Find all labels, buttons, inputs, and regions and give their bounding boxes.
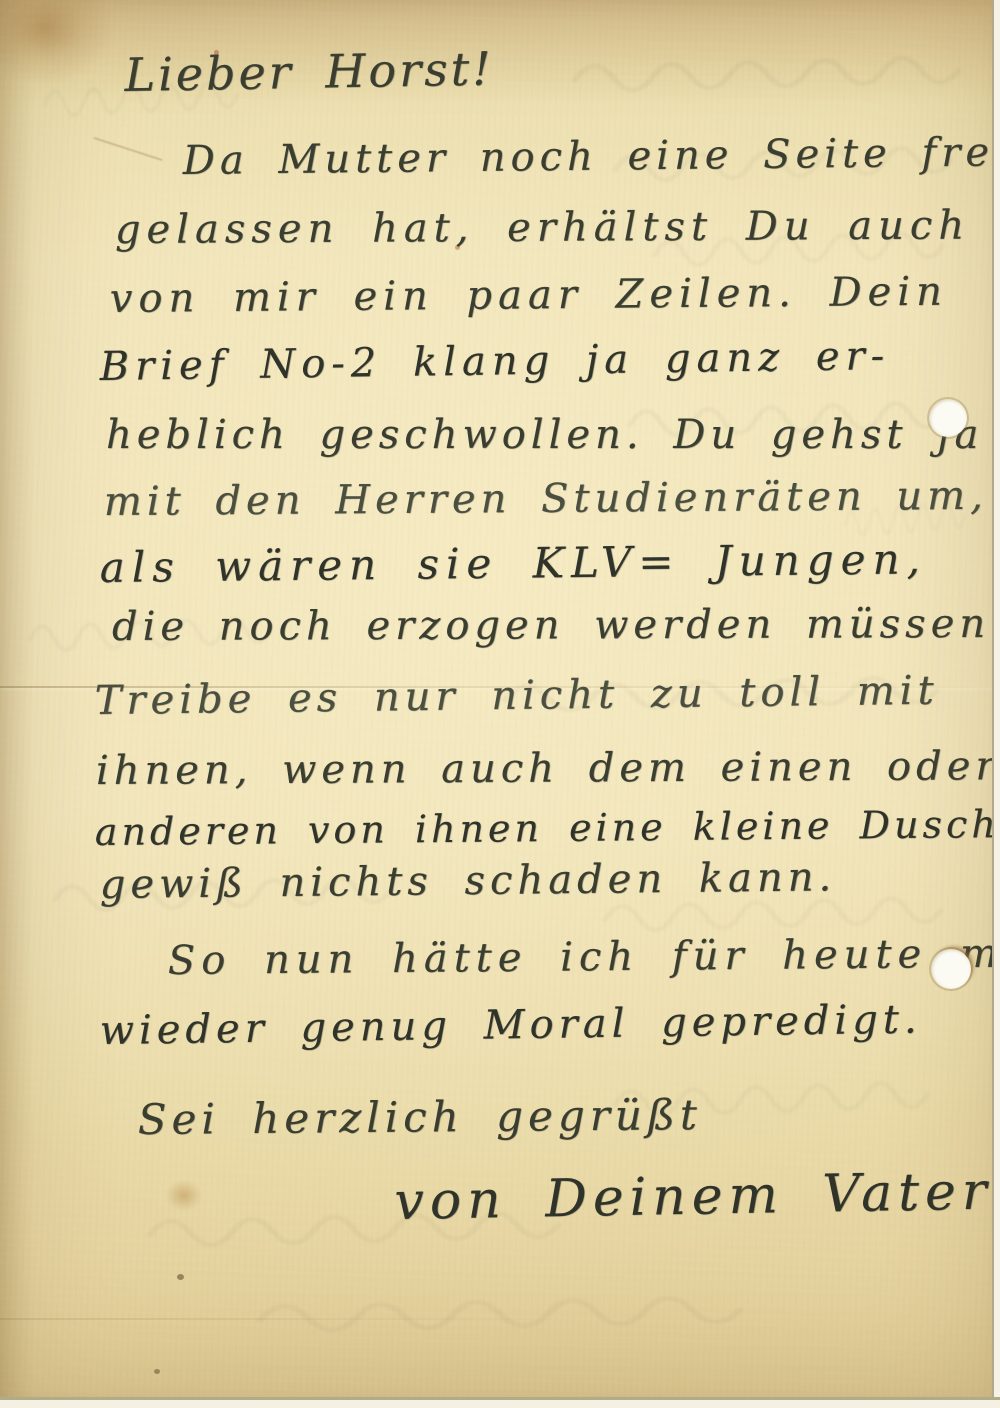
handwriting-line-2: gelassen hat, erhältst Du auch (115, 203, 970, 253)
handwriting-line-7: als wären sie KLV= Jungen, (99, 534, 927, 592)
handwriting-line-10: ihnen, wenn auch dem einen oder (96, 743, 1000, 794)
punch-hole-bottom (931, 949, 971, 989)
handwriting-line-11: anderen von ihnen eine kleine Dusche (95, 802, 1000, 854)
ink-speck (177, 1274, 184, 1280)
paper-edge-bottom (0, 1397, 1000, 1408)
handwriting-line-3: von mir ein paar Zeilen. Dein (110, 269, 948, 322)
signature-line: von Deinem Vater. (394, 1161, 1000, 1232)
punch-hole-top (929, 399, 967, 437)
handwriting-line-12: gewiß nichts schaden kann. (100, 854, 837, 908)
ink-speck (154, 1369, 160, 1374)
handwriting-line-8: die noch erzogen werden müssen. (112, 601, 1000, 650)
handwriting-line-13: So nun hätte ich für heute mal (168, 930, 1000, 984)
paper-edge-right (992, 0, 1000, 1408)
scanned-letter: Lieber Horst! Da Mutter noch eine Seite … (0, 0, 1000, 1408)
handwriting-line-6: mit den Herren Studienräten um, (104, 473, 988, 525)
handwriting-line-1: Da Mutter noch eine Seite frei (183, 129, 1000, 184)
closing-line: Sei herzlich gegrüßt (138, 1090, 702, 1144)
handwriting-line-5: heblich geschwollen. Du gehst ja (106, 412, 983, 458)
salutation-line: Lieber Horst! (124, 42, 494, 102)
